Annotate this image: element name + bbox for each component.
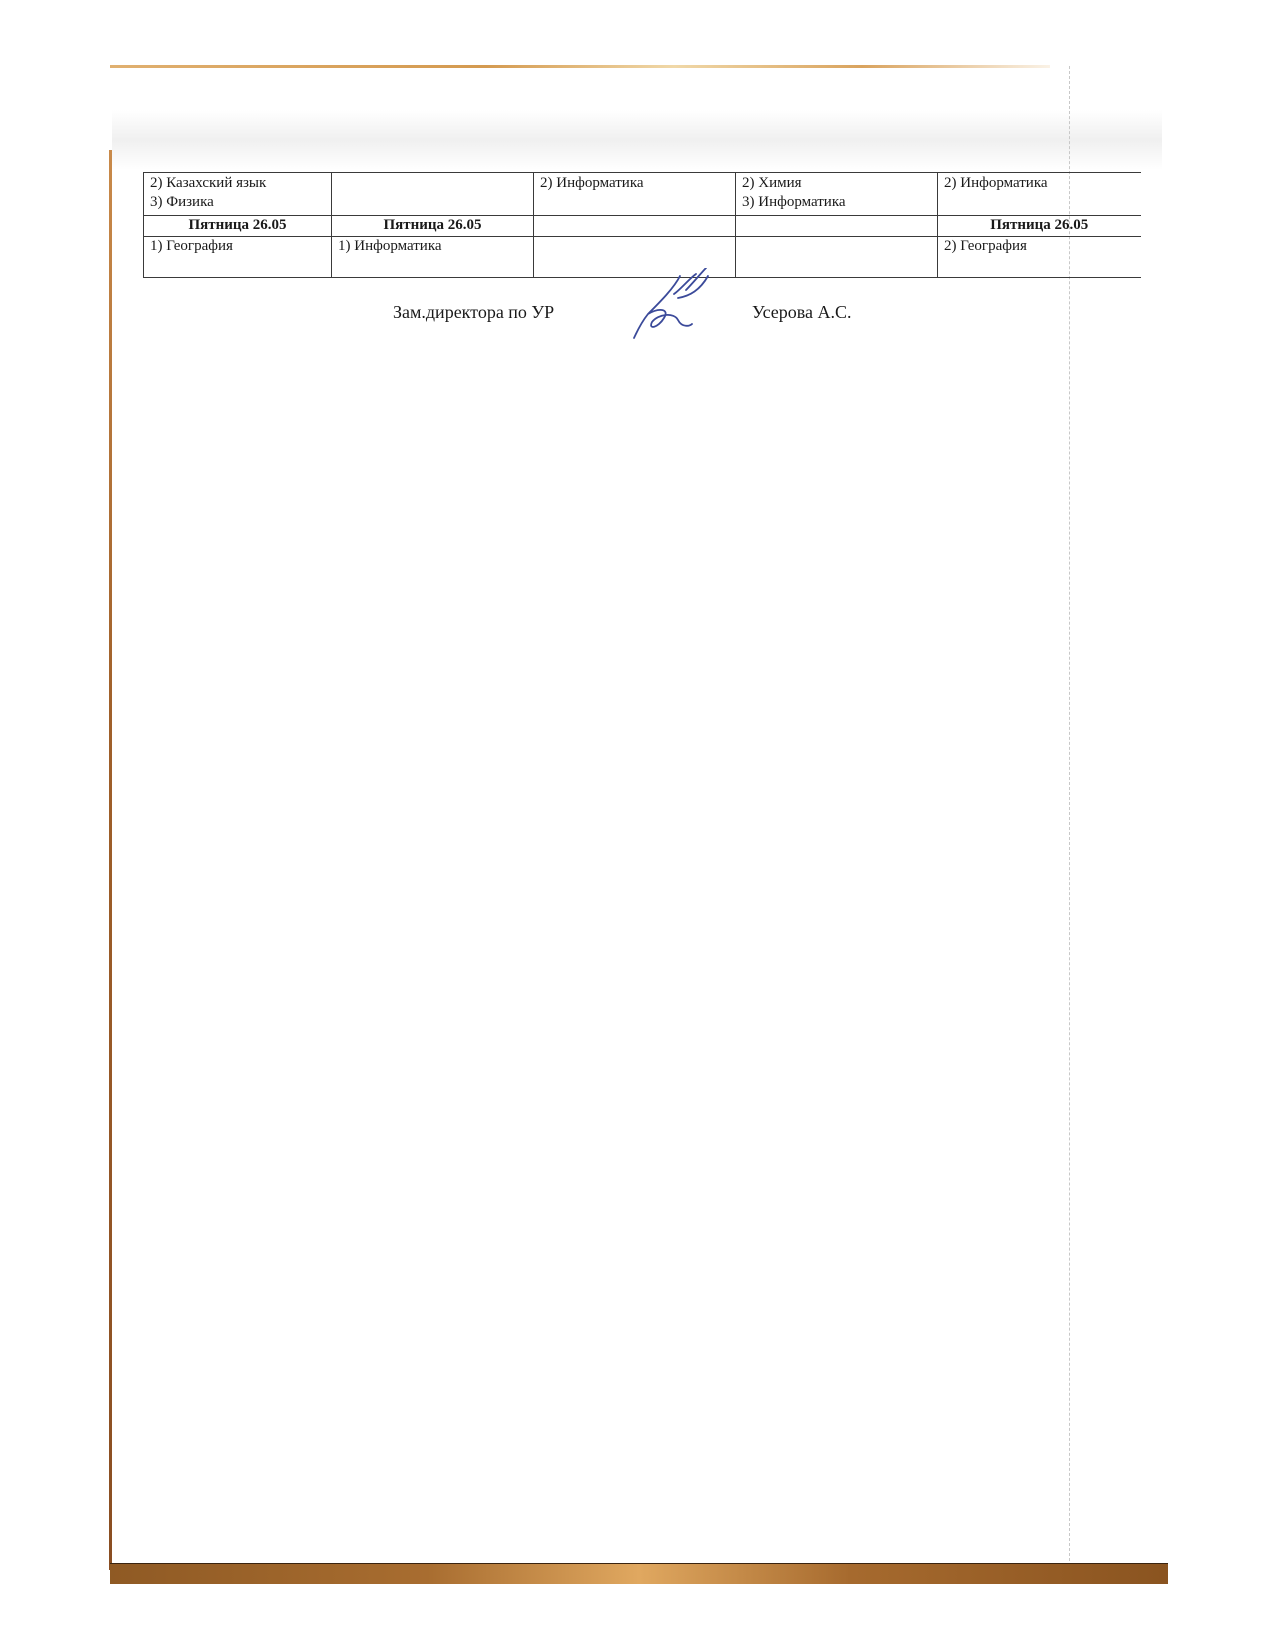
schedule-table: 2) Казахский язык 3) Физика 2) Информати…: [143, 172, 1141, 278]
day-header-cell: Пятница 26.05: [144, 216, 332, 237]
table-cell: 2) Информатика: [534, 173, 736, 216]
paper-top-edge: [110, 65, 1050, 68]
table-row: 2) Казахский язык 3) Физика 2) Информати…: [144, 173, 1141, 216]
scan-shadow: [112, 110, 1162, 170]
table-cell: 2) Информатика: [938, 173, 1141, 216]
table-cell: [736, 237, 938, 278]
table-cell: 1) География: [144, 237, 332, 278]
table-cell: 2) География: [938, 237, 1141, 278]
day-header-cell: [736, 216, 938, 237]
table-cell: 1) Информатика: [332, 237, 534, 278]
table-cell: [332, 173, 534, 216]
table-cell: 2) Химия 3) Информатика: [736, 173, 938, 216]
handwritten-signature-icon: [630, 268, 720, 340]
table-row-day-header: Пятница 26.05 Пятница 26.05 Пятница 26.0…: [144, 216, 1141, 237]
fold-line: [1069, 66, 1070, 1566]
signatory-name: Усерова А.С.: [752, 302, 852, 323]
paper-left-edge: [109, 150, 112, 1570]
table-cell: 2) Казахский язык 3) Физика: [144, 173, 332, 216]
signatory-position: Зам.директора по УР: [393, 302, 554, 323]
day-header-cell: [534, 216, 736, 237]
day-header-cell: Пятница 26.05: [332, 216, 534, 237]
paper-bottom-edge: [110, 1563, 1168, 1584]
day-header-cell: Пятница 26.05: [938, 216, 1141, 237]
